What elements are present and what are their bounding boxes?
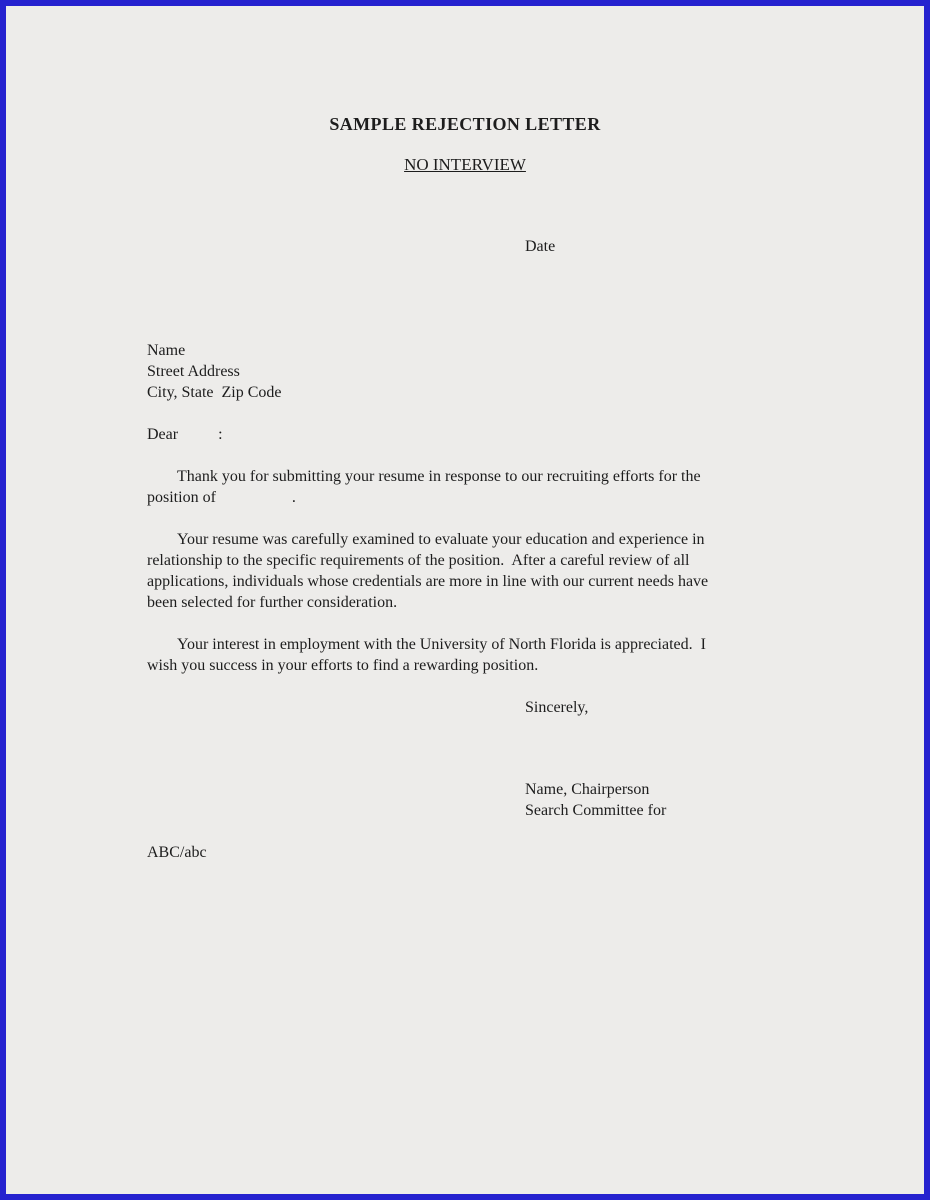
recipient-city-state-zip: City, State Zip Code (147, 382, 824, 403)
reference-initials: ABC/abc (147, 842, 824, 863)
signature-name-chairperson: Name, Chairperson (525, 779, 824, 800)
recipient-name: Name (147, 340, 824, 361)
signature-search-committee: Search Committee for (525, 800, 824, 821)
paragraph-appreciation: Your interest in employment with the Uni… (147, 634, 819, 676)
recipient-address-block: Name Street Address City, State Zip Code (147, 340, 824, 403)
signature-block: Name, Chairperson Search Committee for (525, 779, 824, 821)
letter-title: SAMPLE REJECTION LETTER (6, 113, 924, 135)
salutation: Dear : (147, 424, 824, 445)
closing-sincerely: Sincerely, (525, 697, 824, 718)
recipient-street: Street Address (147, 361, 824, 382)
letter-page: SAMPLE REJECTION LETTER NO INTERVIEW Dat… (0, 0, 930, 1200)
letter-body: Date Name Street Address City, State Zip… (147, 236, 824, 863)
letter-document: SAMPLE REJECTION LETTER NO INTERVIEW Dat… (6, 6, 924, 863)
paragraph-thank-you: Thank you for submitting your resume in … (147, 466, 819, 508)
letter-subtitle: NO INTERVIEW (6, 154, 924, 175)
paragraph-resume-review: Your resume was carefully examined to ev… (147, 529, 819, 613)
date-placeholder: Date (525, 236, 824, 257)
